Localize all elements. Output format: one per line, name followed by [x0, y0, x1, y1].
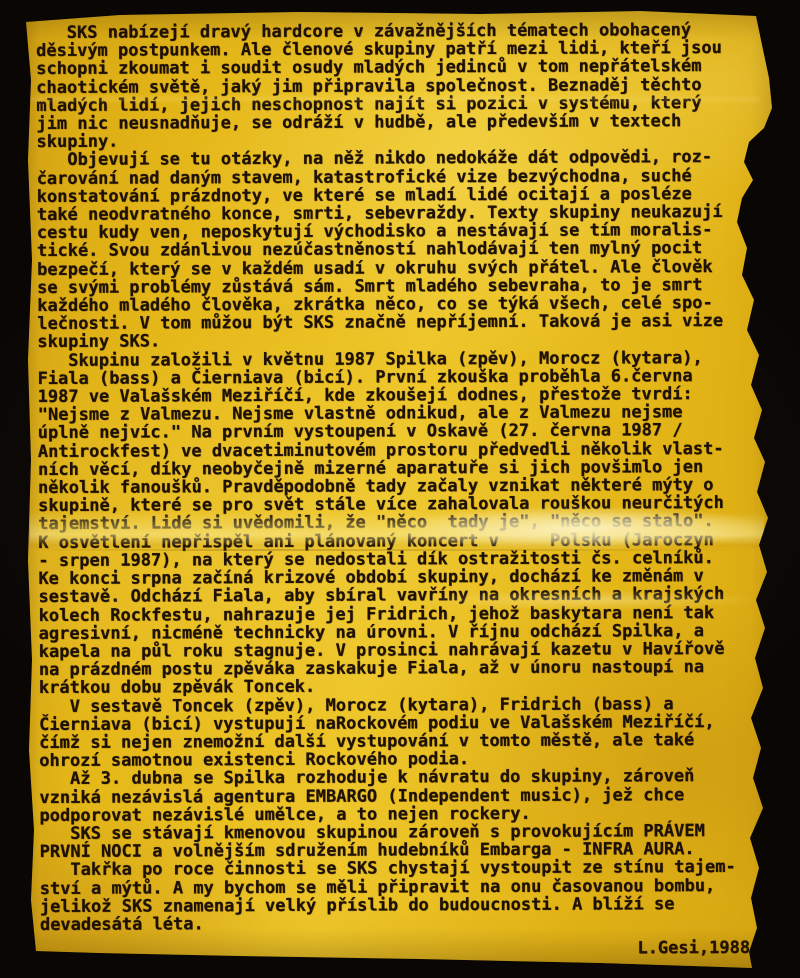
article-text: SKS nabízejí dravý hardcore v závažnější…	[36, 21, 756, 960]
paragraph-themes: Objevují se tu otázky, na něž nikdo nedo…	[37, 148, 754, 351]
author-signature: L.Gesi,1988	[40, 939, 756, 960]
paragraph-lineup: V sestavě Toncek (zpěv), Morocz (kytara)…	[39, 694, 755, 770]
scanned-page: SKS nabízejí dravý hardcore v závažnější…	[0, 0, 800, 978]
paragraph-infra-aura: SKS se stávají kmenovou skupinou zároveň…	[39, 822, 755, 862]
paper-sheet: SKS nabízejí dravý hardcore v závažnější…	[0, 0, 800, 978]
paragraph-embargo: Až 3. dubna se Spilka rozhoduje k návrat…	[39, 767, 755, 825]
paragraph-outro: Takřka po roce činnosti se SKS chystají …	[40, 858, 756, 934]
paragraph-intro: SKS nabízejí dravý hardcore v závažnější…	[36, 21, 753, 152]
paragraph-history: Skupinu založili v květnu 1987 Spilka (z…	[37, 349, 755, 698]
